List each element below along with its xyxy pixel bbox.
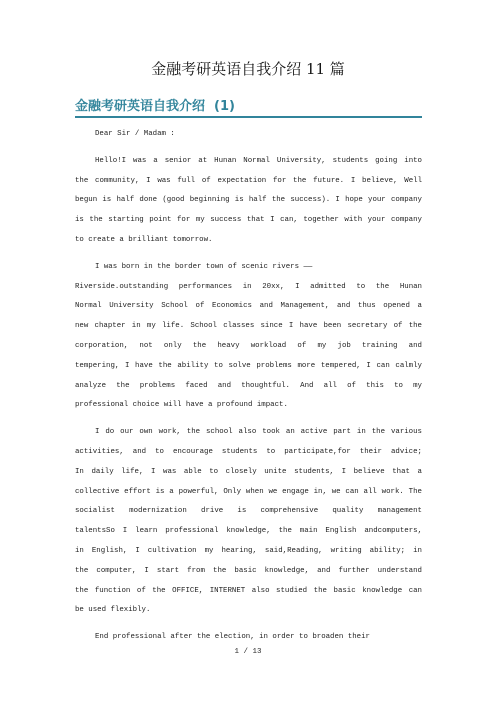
text-line: End professional after the election, in …: [75, 628, 422, 648]
text-line: Hello!I was a senior at Hunan Normal Uni…: [75, 152, 422, 172]
text-line: Dear Sir / Madam :: [75, 125, 422, 145]
text-line: the community, I was full of expectation…: [75, 172, 422, 192]
page-footer: 1 / 13: [0, 647, 496, 658]
text-line: collective effort is a powerful, Only wh…: [75, 483, 422, 503]
text-line: activities, and to encourage students to…: [75, 443, 422, 463]
paragraph: Dear Sir / Madam :: [75, 125, 422, 145]
text-line: professional choice will have a profound…: [75, 396, 422, 416]
text-line: tempering, I have the ability to solve p…: [75, 357, 422, 377]
text-line: Normal University School of Economics an…: [75, 297, 422, 317]
section-heading: 金融考研英语自我介绍 (1): [75, 99, 422, 118]
text-line: in English, I cultivation my hearing, sa…: [75, 542, 422, 562]
text-line: the computer, I start from the basic kno…: [75, 562, 422, 582]
text-line: In daily life, I was able to closely uni…: [75, 463, 422, 483]
paragraph: Hello!I was a senior at Hunan Normal Uni…: [75, 152, 422, 251]
text-line: socialist modernization drive is compreh…: [75, 502, 422, 522]
paragraph: I was born in the border town of scenic …: [75, 258, 422, 416]
text-line: corporation, not only the heavy workload…: [75, 337, 422, 357]
text-line: talentsSo I learn professional knowledge…: [75, 522, 422, 542]
paragraph: End professional after the election, in …: [75, 628, 422, 648]
document-title: 金融考研英语自我介绍 11 篇: [0, 0, 496, 80]
text-line: begun is half done (good beginning is ha…: [75, 191, 422, 211]
text-line: to create a brilliant tomorrow.: [75, 231, 422, 251]
text-line: be used flexibly.: [75, 601, 422, 621]
document-body: Dear Sir / Madam :Hello!I was a senior a…: [75, 125, 422, 648]
page-number: 1 / 13: [234, 648, 261, 656]
document-page: 金融考研英语自我介绍 11 篇 金融考研英语自我介绍 (1) Dear Sir …: [0, 0, 496, 702]
text-line: analyze the problems faced and thoughtfu…: [75, 377, 422, 397]
text-line: I do our own work, the school also took …: [75, 423, 422, 443]
text-line: is the starting point for my success tha…: [75, 211, 422, 231]
text-line: Riverside.outstanding performances in 20…: [75, 278, 422, 298]
text-line: the function of the OFFICE, INTERNET als…: [75, 582, 422, 602]
text-line: new chapter in my life. School classes s…: [75, 317, 422, 337]
paragraph: I do our own work, the school also took …: [75, 423, 422, 621]
text-line: I was born in the border town of scenic …: [75, 258, 422, 278]
